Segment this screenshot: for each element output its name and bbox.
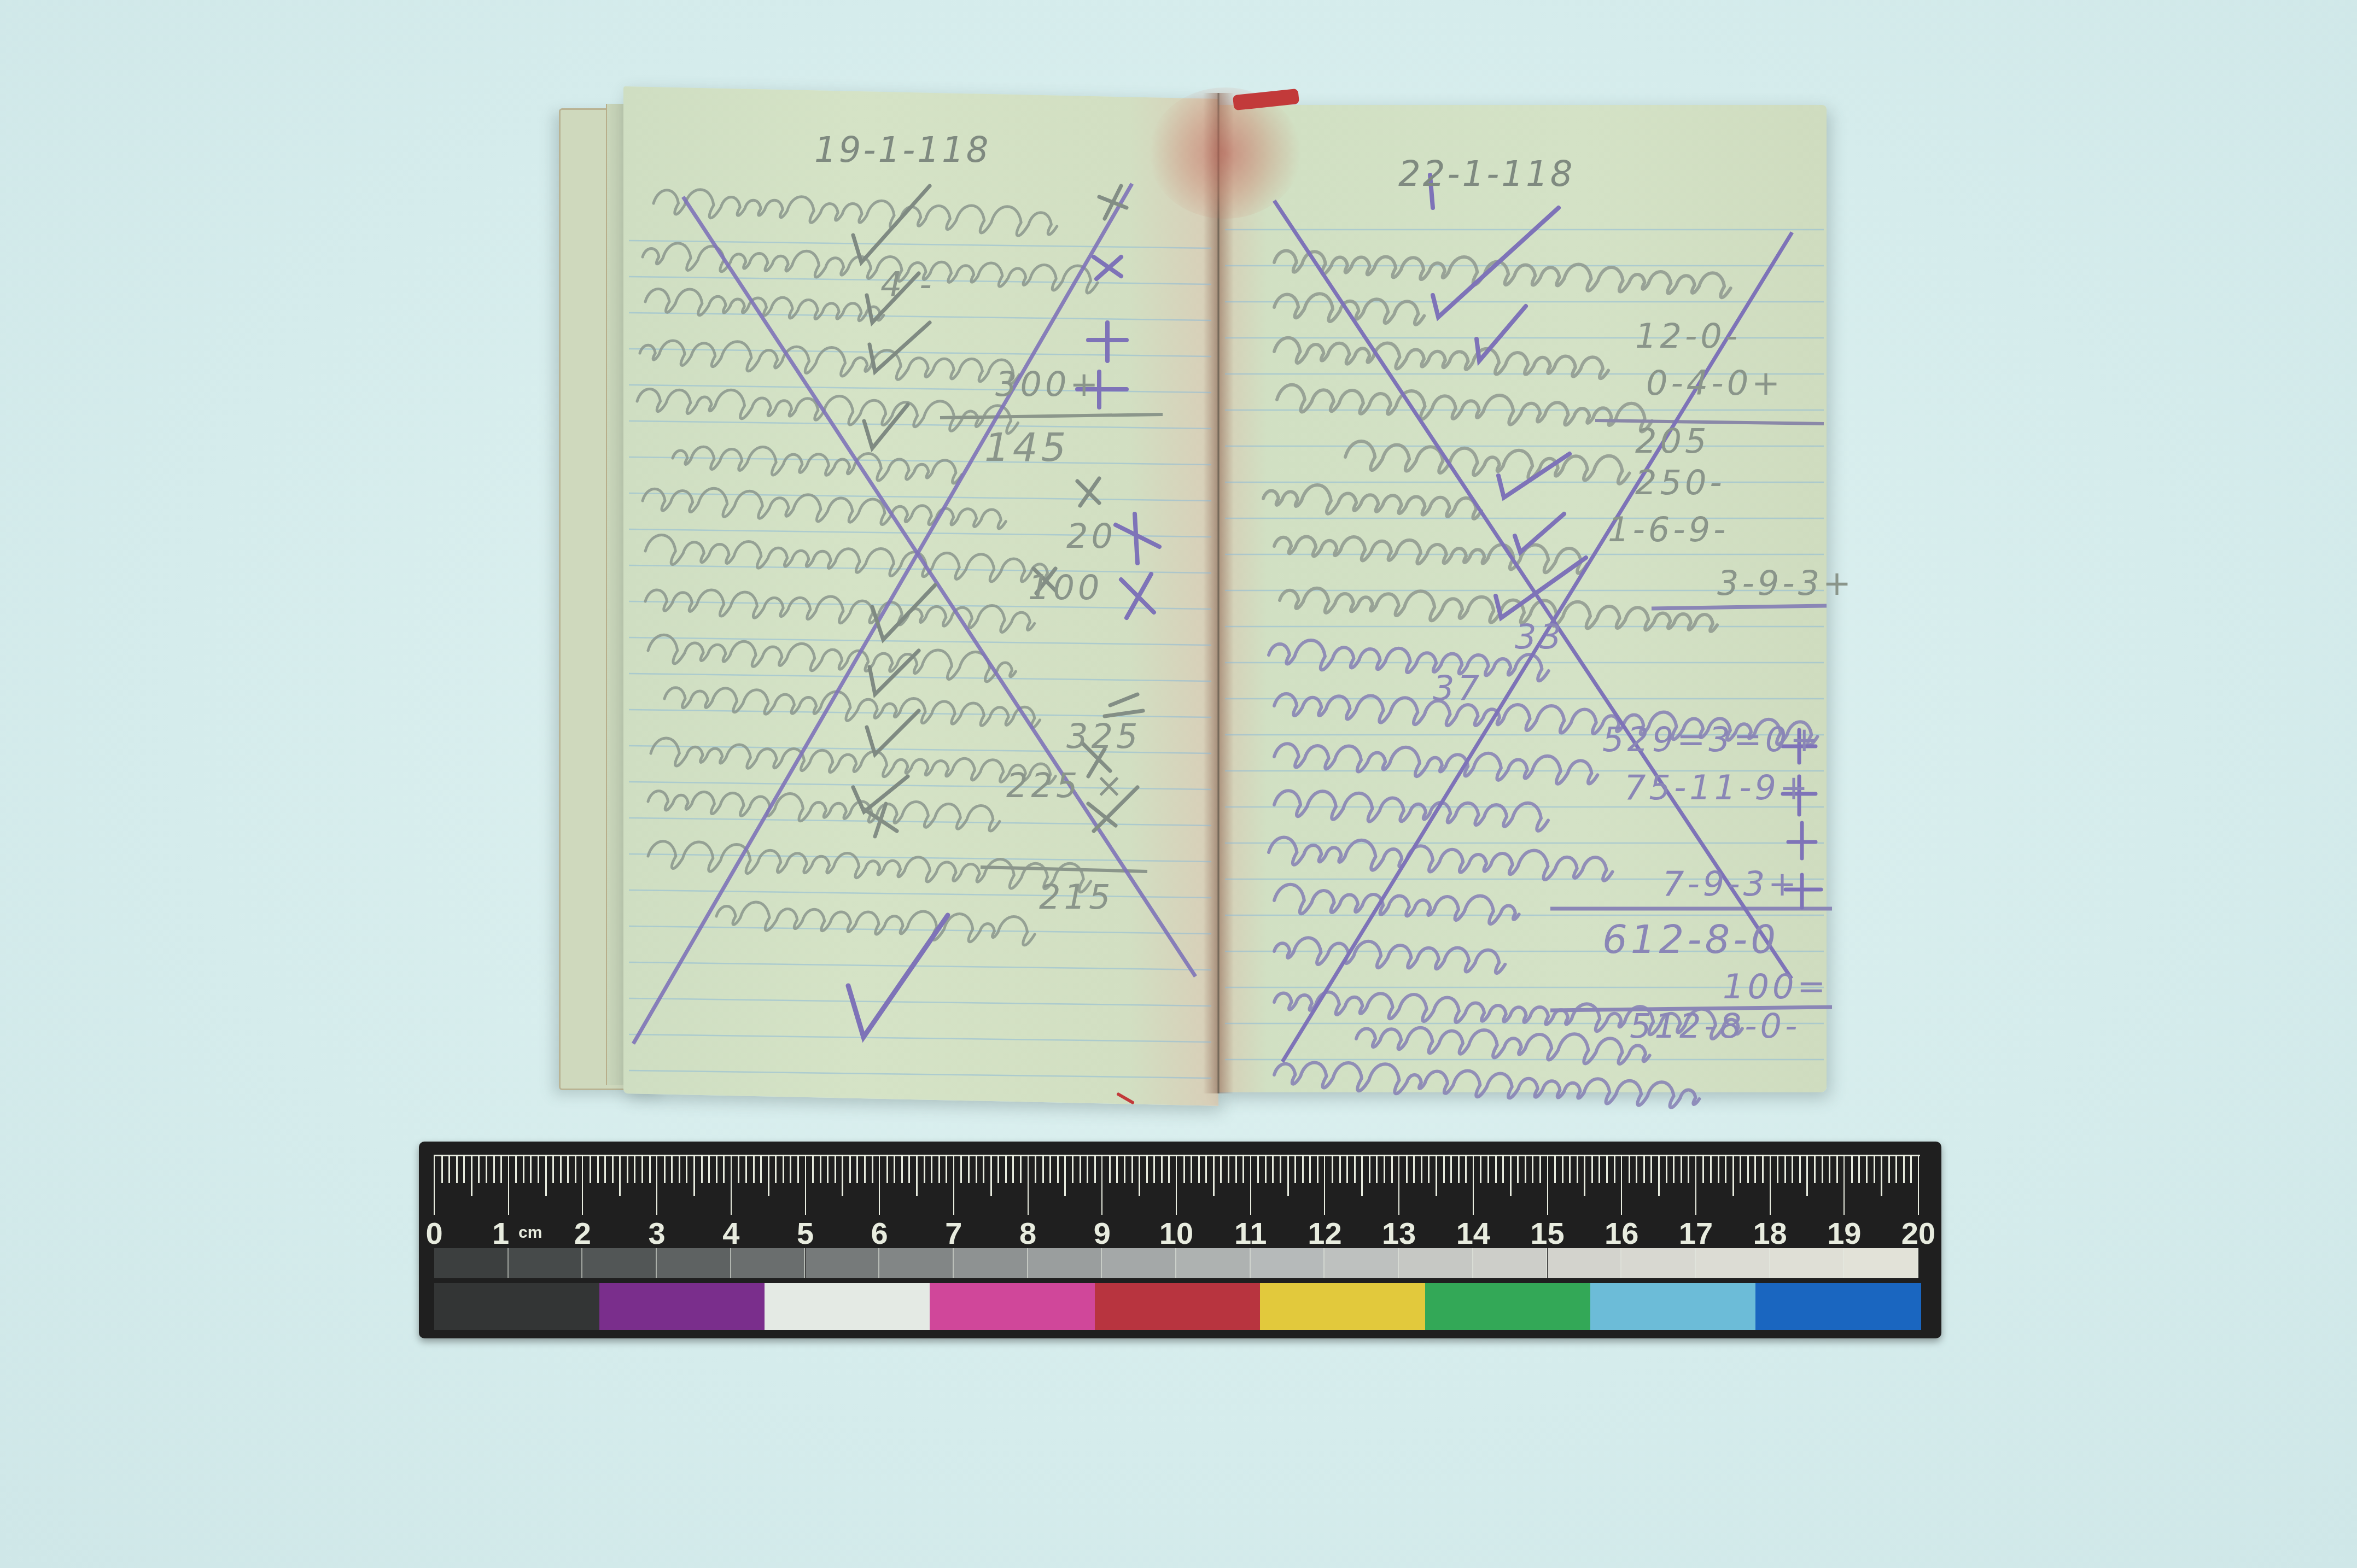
right-value-row-11: 75-11-9+ — [1624, 768, 1811, 808]
ruler-number-17: 17 — [1679, 1218, 1713, 1249]
ruler-number-8: 8 — [1019, 1218, 1036, 1249]
gray-step — [1770, 1248, 1845, 1278]
gray-step — [954, 1248, 1028, 1278]
left-value-row-12: 225 × — [1006, 765, 1127, 805]
right-value-row-6: 1-6-9- — [1608, 510, 1729, 549]
handwritten-line — [1274, 1062, 1699, 1107]
ruler-number-7: 7 — [945, 1218, 962, 1249]
ruler-numbers: 01234567891011121314151617181920 — [419, 1142, 1941, 1251]
gray-step — [509, 1248, 583, 1278]
handwritten-line — [1274, 885, 1519, 924]
handwritten-line — [654, 190, 1057, 236]
color-patch-purple — [599, 1283, 765, 1330]
right-value-row-9: 37 — [1433, 668, 1483, 708]
rule-line — [629, 674, 1211, 681]
ruler-unit-label: cm — [518, 1225, 542, 1241]
right-value-row-16: 512-8-0- — [1630, 1006, 1800, 1046]
gray-step — [1251, 1248, 1325, 1278]
gray-step — [1473, 1248, 1548, 1278]
right-value-row-10: 529=3=0+ — [1602, 719, 1822, 759]
gray-step — [434, 1248, 509, 1278]
handwritten-line — [664, 688, 1040, 728]
rule-line — [629, 1034, 1211, 1042]
left-large-check-icon — [848, 915, 948, 1037]
right-value-row-2: 12-0- — [1635, 316, 1741, 356]
handwritten-line — [1263, 485, 1481, 519]
color-patch-magenta — [930, 1283, 1095, 1330]
handwritten-line — [637, 389, 1018, 433]
rule-line — [629, 313, 1211, 320]
gray-step — [1696, 1248, 1770, 1278]
rule-line — [629, 1070, 1211, 1078]
color-patch-green — [1425, 1283, 1591, 1330]
left-value-row-4: 300+ — [995, 364, 1101, 404]
color-calibration-strip — [434, 1283, 1921, 1330]
rule-line — [629, 493, 1211, 501]
ruler-number-6: 6 — [871, 1218, 888, 1249]
handwritten-line — [1274, 294, 1424, 324]
gray-scale-strip — [434, 1248, 1921, 1278]
ruler-number-14: 14 — [1456, 1218, 1490, 1249]
gray-step — [1325, 1248, 1399, 1278]
gray-step — [582, 1248, 657, 1278]
ruler-number-12: 12 — [1308, 1218, 1341, 1249]
right-value-row-15: 100= — [1723, 967, 1829, 1007]
handwritten-line — [1274, 338, 1608, 379]
gray-step — [1621, 1248, 1696, 1278]
left-value-row-11: 325 — [1066, 716, 1141, 756]
handwritten-line — [645, 535, 1052, 581]
ruler-number-1: 1 — [492, 1218, 509, 1249]
gray-step — [1548, 1248, 1622, 1278]
ruler-number-11: 11 — [1234, 1218, 1267, 1249]
handwritten-line — [1345, 441, 1630, 484]
handwritten-line — [640, 341, 1019, 384]
left-value-row-8: 100 — [1028, 567, 1102, 607]
handwritten-line — [716, 902, 1035, 945]
color-patch-cyan — [1590, 1283, 1756, 1330]
handwritten-line — [645, 590, 1035, 632]
right-value-row-14: 612-8-0 — [1602, 916, 1779, 962]
ruler-number-16: 16 — [1605, 1218, 1638, 1249]
right-value-row-5: 250- — [1635, 463, 1725, 502]
color-patch-black — [434, 1283, 600, 1330]
gray-step — [806, 1248, 880, 1278]
gray-step — [1028, 1248, 1102, 1278]
right-value-row-13: 7-9-3+ — [1662, 864, 1800, 904]
ruler-number-4: 4 — [722, 1218, 739, 1249]
gray-step — [879, 1248, 954, 1278]
gray-step — [1102, 1248, 1176, 1278]
scale-ruler: 01234567891011121314151617181920 cm — [419, 1142, 1941, 1338]
left-underline-1 — [940, 414, 1163, 418]
ruler-number-19: 19 — [1827, 1218, 1861, 1249]
handwritten-line — [1269, 640, 1549, 681]
handwritten-line — [1274, 938, 1505, 973]
right-page-date: 22-1-118 — [1398, 154, 1575, 195]
handwritten-line — [1277, 385, 1652, 432]
ruler-number-3: 3 — [649, 1218, 666, 1249]
left-x-marks — [1094, 257, 1159, 618]
gray-step — [731, 1248, 806, 1278]
ruler-number-18: 18 — [1753, 1218, 1787, 1249]
photo-stage: 19-1-118 22-1-118 4 - 300+ 145 20 100 32… — [0, 0, 2357, 1568]
left-value-row-14: 215 — [1039, 877, 1113, 917]
handwritten-line — [651, 738, 1055, 784]
left-value-row-7: 20 — [1066, 516, 1116, 556]
ruler-number-0: 0 — [425, 1218, 442, 1249]
color-patch-yellow — [1260, 1283, 1426, 1330]
rule-line — [629, 998, 1211, 1006]
right-value-row-3: 0-4-0+ — [1646, 363, 1783, 403]
ruler-number-20: 20 — [1901, 1218, 1935, 1249]
right-value-row-4: 205 — [1635, 421, 1710, 461]
gray-step — [657, 1248, 731, 1278]
color-patch-blue — [1755, 1283, 1921, 1330]
left-value-row-5: 145 — [984, 424, 1069, 470]
handwritten-line — [1274, 744, 1597, 783]
ruler-number-2: 2 — [574, 1218, 591, 1249]
color-patch-red — [1095, 1283, 1261, 1330]
right-underline-2 — [1652, 606, 1827, 609]
handwritten-line — [648, 791, 1000, 831]
left-page-date: 19-1-118 — [814, 130, 991, 171]
ruler-number-15: 15 — [1530, 1218, 1564, 1249]
gray-step — [1399, 1248, 1473, 1278]
gray-step — [1844, 1248, 1918, 1278]
rule-line — [629, 818, 1211, 826]
color-patch-white — [765, 1283, 930, 1330]
left-value-row-2: 4 - — [880, 265, 935, 305]
ruler-number-9: 9 — [1094, 1218, 1111, 1249]
handwritten-line — [673, 447, 962, 483]
ruler-number-13: 13 — [1382, 1218, 1416, 1249]
handwritten-line — [1269, 838, 1613, 881]
handwritten-line — [1274, 791, 1548, 830]
rule-line — [629, 962, 1211, 970]
handwritten-line — [1356, 1028, 1650, 1064]
right-value-row-7: 3-9-3+ — [1717, 563, 1854, 603]
gray-step — [1176, 1248, 1251, 1278]
rule-line — [629, 565, 1211, 573]
rule-line — [629, 890, 1211, 898]
right-value-row-8: 33 — [1515, 617, 1565, 657]
ruler-number-5: 5 — [797, 1218, 814, 1249]
ruler-number-10: 10 — [1159, 1218, 1193, 1249]
rule-line — [629, 926, 1211, 934]
